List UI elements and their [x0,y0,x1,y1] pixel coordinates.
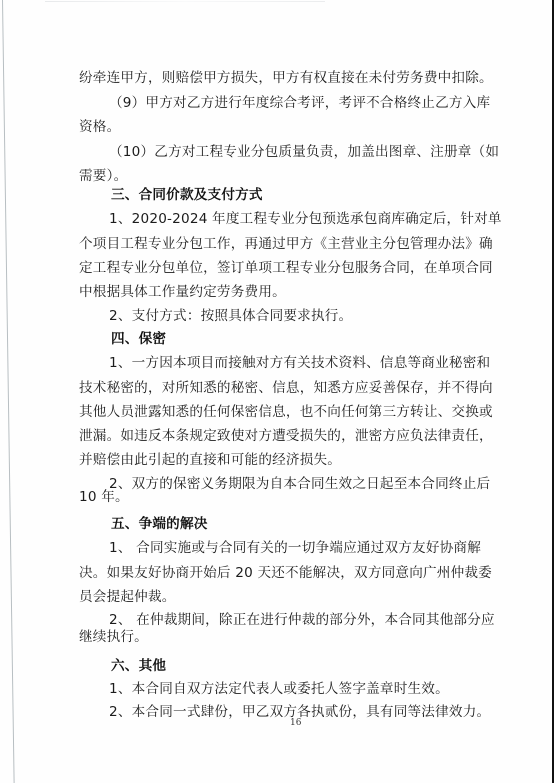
section-heading-disputes: 五、争端的解决 [111,516,208,532]
body-line: 继续执行。 [79,629,479,645]
section-heading-confidentiality: 四、保密 [111,331,166,347]
body-line: 技术秘密的，对所知悉的秘密、信息，知悉方应妥善保存，并不得向 [79,380,479,396]
body-line: 定工程专业分包单位，签订单项工程专业分包服务合同，在单项合同 [79,260,479,276]
body-line: 决。如果友好协商开始后 20 天还不能解决，双方同意向广州仲裁委 [79,565,479,581]
body-line: 需要）。 [79,168,479,184]
body-line: 2、本合同一式肆份，甲乙双方各执贰份，具有同等法律效力。 [109,704,509,720]
body-line: 1、2020-2024 年度工程专业分包预选承包商库确定后，针对单 [109,211,509,227]
body-line: 10 年。 [79,489,479,505]
body-line: 纷牵连甲方，则赔偿甲方损失，甲方有权直接在未付劳务费中扣除。 [79,70,479,86]
body-line: 2、支付方式：按照具体合同要求执行。 [109,308,509,324]
page-number: 16 [290,718,301,728]
body-line: 泄漏。如违反本条规定致使对方遭受损失的，泄密方应负法律责任， [79,428,479,444]
section-heading-payment: 三、合同价款及支付方式 [111,187,263,203]
body-line: 中根据具体工作量约定劳务费用。 [79,284,479,300]
document-page: 纷牵连甲方，则赔偿甲方损失，甲方有权直接在未付劳务费中扣除。 （9）甲方对乙方进… [0,0,554,783]
body-line: 资格。 [79,119,479,135]
body-line: 其他人员泄露知悉的任何保密信息，也不向任何第三方转让、交换或 [79,404,479,420]
body-line: 并赔偿由此引起的直接和可能的经济损失。 [79,452,479,468]
section-heading-other: 六、其他 [111,658,166,674]
body-line: （9）甲方对乙方进行年度综合考评，考评不合格终止乙方入库 [109,95,509,111]
body-line: 1、 合同实施或与合同有关的一切争端应通过双方友好协商解 [109,540,509,556]
body-line: 员会提起仲裁。 [79,589,479,605]
body-line: 1、一方因本项目而接触对方有关技术资料、信息等商业秘密和 [109,355,509,371]
body-line: 2、 在仲裁期间，除正在进行仲裁的部分外，本合同其他部分应 [109,612,509,628]
scan-edge-left [2,0,15,783]
body-line: 个项目工程专业分包工作，再通过甲方《主营业主分包管理办法》确 [79,236,479,252]
scan-artifact [45,1,325,2]
body-line: 1、本合同自双方法定代表人或委托人签字盖章时生效。 [109,681,509,697]
body-line: （10）乙方对工程专业分包质量负责，加盖出图章、注册章（如 [109,144,509,160]
